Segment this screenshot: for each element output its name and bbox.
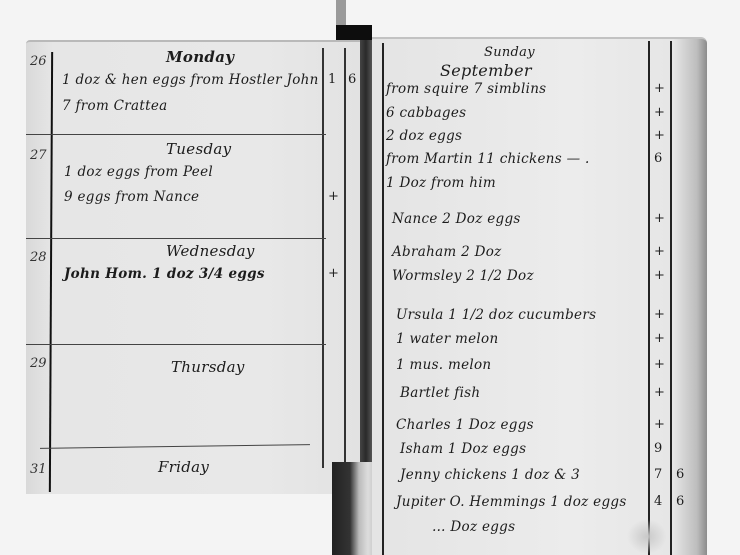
entry-text: Abraham 2 Doz	[392, 244, 502, 260]
entry-amount: 1	[328, 72, 337, 87]
day-divider	[40, 444, 310, 449]
book-spine	[360, 40, 372, 470]
entry-amount: +	[654, 105, 665, 120]
date-number: 28	[30, 250, 47, 265]
entry-text: 2 doz eggs	[386, 128, 462, 144]
entry-amount: 7	[654, 467, 663, 482]
entry-text: Bartlet fish	[400, 385, 480, 401]
entry-text: Jupiter O. Hemmings 1 doz eggs	[396, 494, 627, 510]
entry-amount: +	[654, 268, 665, 283]
entry-amount: +	[654, 417, 665, 432]
entry-amount: +	[654, 357, 665, 372]
entry-amount-2: 6	[348, 72, 357, 87]
entry-amount: +	[654, 307, 665, 322]
right-amount-column-rule-2	[670, 41, 672, 555]
binding-shadow	[336, 0, 346, 28]
entry-amount: +	[654, 331, 665, 346]
entry-text: from squire 7 simblins	[386, 81, 546, 97]
month-heading: September	[440, 61, 532, 80]
weekday-heading: Thursday	[171, 358, 245, 376]
entry-amount-2: 6	[676, 467, 685, 482]
right-page: Sunday September from squire 7 simblins+…	[372, 37, 707, 555]
entry-text: Jenny chickens 1 doz & 3	[400, 467, 580, 483]
entry-amount: +	[654, 128, 665, 143]
day-divider	[26, 344, 326, 345]
entry-amount: +	[654, 81, 665, 96]
entry-amount: +	[654, 244, 665, 259]
entry-check-mark: +	[328, 189, 339, 204]
entry-amount: 6	[654, 151, 663, 166]
entry-text: Nance 2 Doz eggs	[392, 211, 521, 227]
day-divider	[26, 238, 326, 239]
entry-text: 1 Doz from him	[386, 175, 496, 191]
date-number: 26	[30, 54, 47, 69]
entry-text: from Martin 11 chickens — .	[386, 151, 590, 167]
entry-amount: +	[654, 211, 665, 226]
entry-text: 1 doz eggs from Peel	[64, 164, 213, 180]
entry-text: 7 from Crattea	[62, 98, 167, 114]
date-number: 31	[30, 462, 47, 477]
entry-amount: +	[654, 385, 665, 400]
entry-text: 1 water melon	[396, 331, 498, 347]
date-number: 27	[30, 148, 47, 163]
weekday-heading: Sunday	[484, 45, 535, 60]
entry-text: Wormsley 2 1/2 Doz	[392, 268, 534, 284]
left-amount-column-rule	[322, 48, 324, 468]
entry-check-mark: +	[328, 266, 339, 281]
date-number: 29	[30, 356, 47, 371]
right-margin-rule	[382, 43, 384, 555]
entry-amount-2: 6	[676, 494, 685, 509]
entry-text: John Hom. 1 doz 3/4 eggs	[64, 266, 265, 282]
entry-text: Isham 1 Doz eggs	[400, 441, 526, 457]
entry-text: Ursula 1 1/2 doz cucumbers	[396, 307, 596, 323]
entry-text: … Doz eggs	[432, 519, 515, 535]
entry-text: 6 cabbages	[386, 105, 466, 121]
left-margin-rule	[49, 52, 53, 492]
weekday-heading: Friday	[158, 458, 209, 476]
weekday-heading: Wednesday	[166, 242, 255, 260]
left-page: 26 Monday 1 doz & hen eggs from Hostler …	[26, 40, 362, 494]
entry-amount: 4	[654, 494, 663, 509]
entry-text: 9 eggs from Nance	[64, 189, 199, 205]
right-amount-column-rule	[648, 41, 650, 555]
paper-stain	[627, 519, 667, 554]
left-amount-column-rule-2	[344, 48, 346, 488]
weekday-heading: Monday	[166, 48, 234, 66]
day-divider	[26, 134, 326, 135]
entry-text: 1 doz & hen eggs from Hostler John	[62, 72, 319, 88]
weekday-heading: Tuesday	[166, 140, 231, 158]
entry-amount: 9	[654, 441, 663, 456]
entry-text: Charles 1 Doz eggs	[396, 417, 534, 433]
entry-text: 1 mus. melon	[396, 357, 491, 373]
